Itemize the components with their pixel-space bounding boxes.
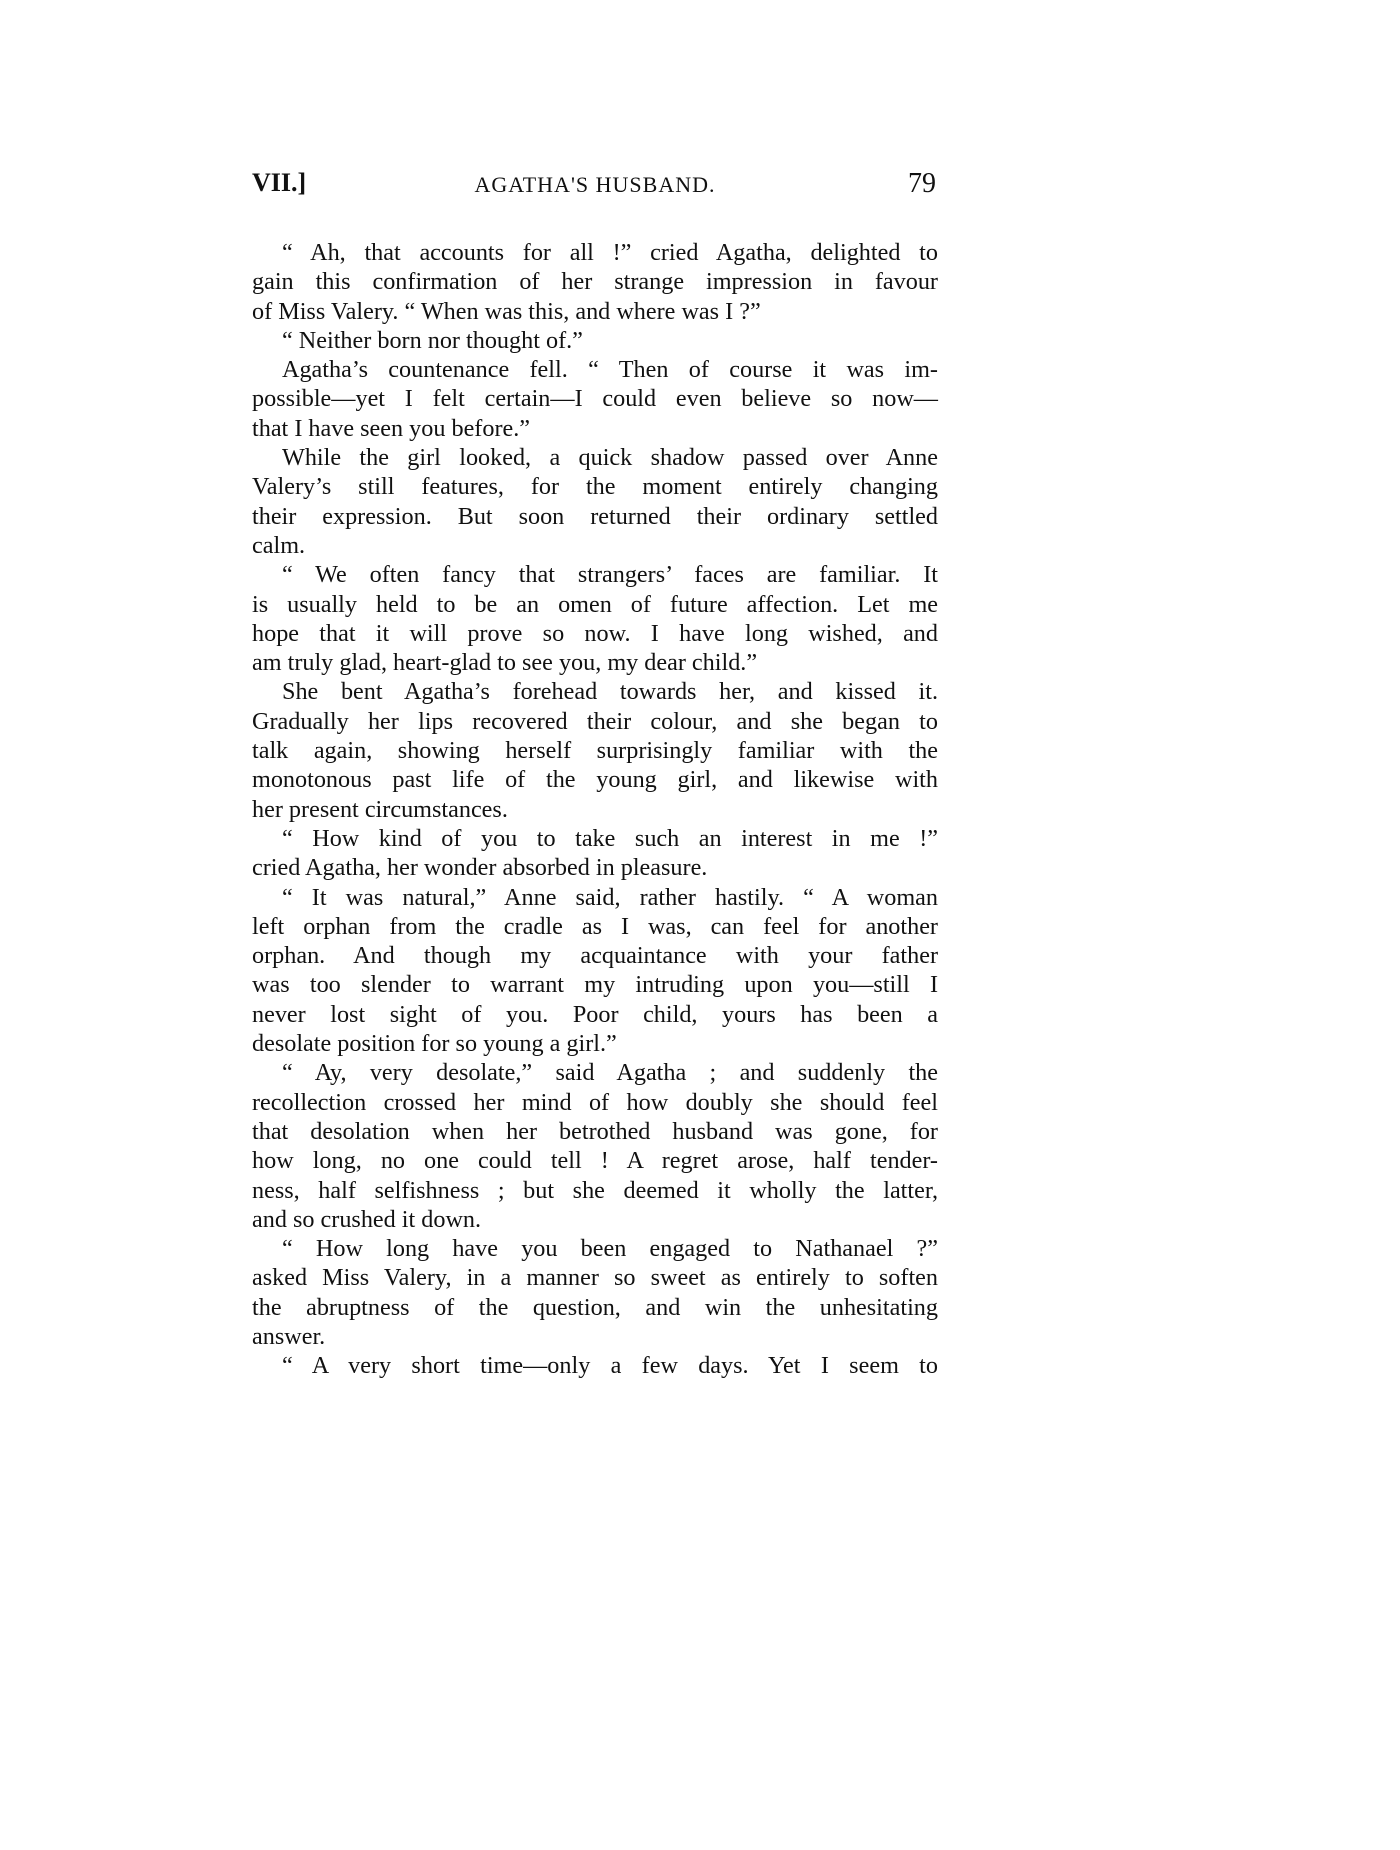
text-line: ness, half selfishness ; but she deemed … (252, 1176, 938, 1205)
running-title: AGATHA'S HUSBAND. (252, 172, 938, 198)
text-line: desolate position for so young a girl.” (252, 1029, 938, 1058)
text-line: “ We often fancy that strangers’ faces a… (252, 560, 938, 589)
text-line: was too slender to warrant my intruding … (252, 970, 938, 999)
text-line: am truly glad, heart-glad to see you, my… (252, 648, 938, 677)
text-line: orphan. And though my acquaintance with … (252, 941, 938, 970)
text-line: possible—yet I felt certain—I could even… (252, 384, 938, 413)
text-line: that desolation when her betrothed husba… (252, 1117, 938, 1146)
text-line: calm. (252, 531, 938, 560)
text-line: talk again, showing herself surprisingly… (252, 736, 938, 765)
text-line: “ A very short time—only a few days. Yet… (252, 1351, 938, 1380)
body-text: “ Ah, that accounts for all !” cried Aga… (252, 238, 938, 1381)
text-line: “ How long have you been engaged to Nath… (252, 1234, 938, 1263)
text-line: and so crushed it down. (252, 1205, 938, 1234)
text-line: Agatha’s countenance fell. “ Then of cou… (252, 355, 938, 384)
text-line: “ Neither born nor thought of.” (252, 326, 938, 355)
text-line: “ It was natural,” Anne said, rather has… (252, 883, 938, 912)
text-line: the abruptness of the question, and win … (252, 1293, 938, 1322)
text-line: her present circumstances. (252, 795, 938, 824)
text-line: never lost sight of you. Poor child, you… (252, 1000, 938, 1029)
text-line: of Miss Valery. “ When was this, and whe… (252, 297, 938, 326)
page-number: 79 (908, 168, 936, 200)
text-line: how long, no one could tell ! A regret a… (252, 1146, 938, 1175)
text-line: Gradually her lips recovered their colou… (252, 707, 938, 736)
text-line: is usually held to be an omen of future … (252, 590, 938, 619)
text-line: “ Ah, that accounts for all !” cried Aga… (252, 238, 938, 267)
text-line: that I have seen you before.” (252, 414, 938, 443)
text-line: “ Ay, very desolate,” said Agatha ; and … (252, 1058, 938, 1087)
book-page: VII.] AGATHA'S HUSBAND. 79 “ Ah, that ac… (252, 168, 938, 1381)
text-line: She bent Agatha’s forehead towards her, … (252, 677, 938, 706)
text-line: hope that it will prove so now. I have l… (252, 619, 938, 648)
text-line: recollection crossed her mind of how dou… (252, 1088, 938, 1117)
text-line: cried Agatha, her wonder absorbed in ple… (252, 853, 938, 882)
text-line: While the girl looked, a quick shadow pa… (252, 443, 938, 472)
text-line: left orphan from the cradle as I was, ca… (252, 912, 938, 941)
running-header: VII.] AGATHA'S HUSBAND. 79 (252, 168, 938, 208)
text-line: “ How kind of you to take such an intere… (252, 824, 938, 853)
text-line: asked Miss Valery, in a manner so sweet … (252, 1263, 938, 1292)
text-line: gain this confirmation of her strange im… (252, 267, 938, 296)
text-line: Valery’s still features, for the moment … (252, 472, 938, 501)
text-line: their expression. But soon returned thei… (252, 502, 938, 531)
text-line: monotonous past life of the young girl, … (252, 765, 938, 794)
text-line: answer. (252, 1322, 938, 1351)
